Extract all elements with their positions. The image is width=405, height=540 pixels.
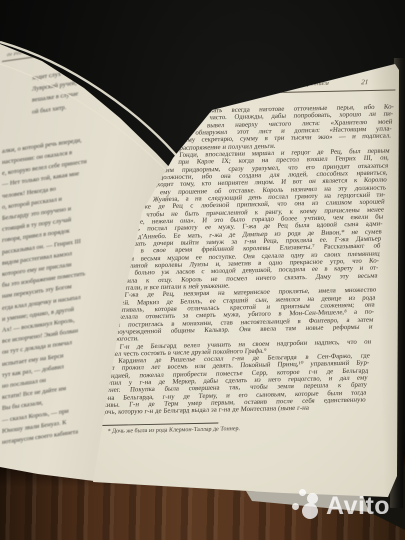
page-number: 21 — [361, 78, 369, 86]
avito-watermark: Avito — [292, 489, 390, 523]
avito-logo-icon — [292, 489, 322, 523]
header-rule — [132, 89, 396, 96]
photo-background: де Рео. Занимательные истории ходит слух… — [0, 0, 405, 540]
right-page-content: Господин де Бельгард и многое о Генрихе … — [99, 78, 396, 434]
footnote: * Дочь же была из рода Клермон-Таллар де… — [99, 423, 363, 435]
footnote-rule — [100, 422, 218, 425]
running-header: Господин де Бельгард и многое о Генрихе … — [132, 78, 396, 91]
avito-wordmark: Avito — [326, 489, 390, 523]
